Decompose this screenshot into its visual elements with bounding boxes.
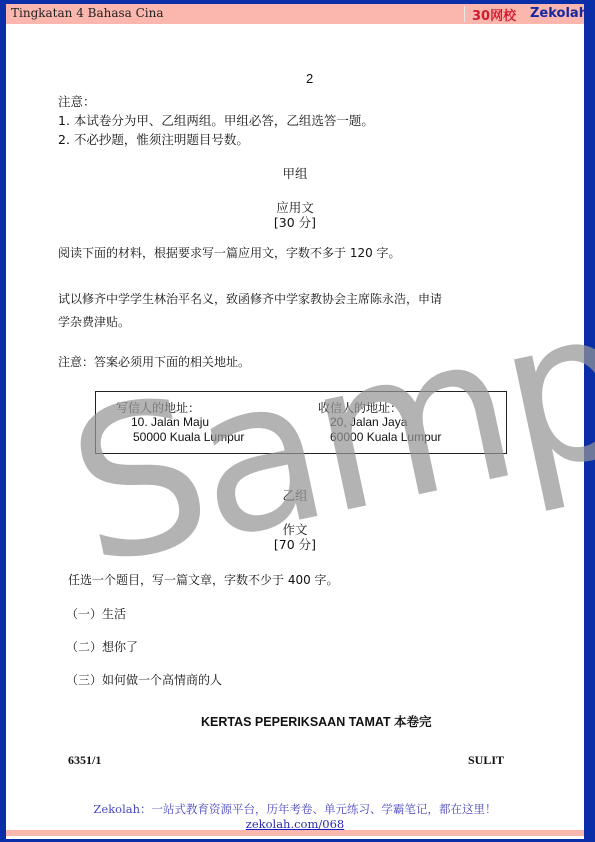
recipient-line-1: 20, Jalan Jaya	[330, 415, 407, 429]
end-notice: KERTAS PEPERIKSAAN TAMAT 本卷完	[201, 712, 432, 730]
promo-link-text[interactable]: zekolah.com/068	[246, 817, 344, 831]
section-a-group: 甲组	[6, 164, 584, 182]
page-number: 2	[306, 71, 313, 86]
page-frame: Tingkatan 4 Bahasa Cina 30网校 Zekolah 2 注…	[6, 4, 584, 839]
topic-3: （三）如何做一个高情商的人	[66, 671, 222, 688]
section-a-instruction: 阅读下面的材料，根据要求写一篇应用文，字数不多于 120 字。	[58, 244, 401, 261]
footer-stripe	[6, 830, 584, 836]
note-item-2: 2. 不必抄题，惟须注明题目号数。	[58, 130, 249, 148]
promo-link[interactable]: zekolah.com/068	[6, 817, 584, 831]
sender-line-1: 10. Jalan Maju	[131, 415, 209, 429]
note-item-1: 1. 本试卷分为甲、乙组两组。甲组必答，乙组选答一题。	[58, 111, 374, 129]
section-a-marks: [30 分]	[6, 213, 584, 231]
section-b-marks: [70 分]	[6, 535, 584, 553]
promo-text: Zekolah：一站式教育资源平台，历年考卷、单元练习、学霸笔记，都在这里！	[6, 801, 584, 817]
topic-1: （一）生活	[66, 605, 126, 622]
header-divider	[464, 6, 465, 22]
notes-heading: 注意：	[58, 92, 96, 110]
header-bar: Tingkatan 4 Bahasa Cina 30网校 Zekolah	[6, 4, 584, 24]
brand-30-logo[interactable]: 30网校	[472, 5, 516, 24]
brand-zekolah-logo[interactable]: Zekolah	[530, 6, 588, 21]
sender-line-2: 50000 Kuala Lumpur	[133, 430, 244, 444]
document-title: Tingkatan 4 Bahasa Cina	[11, 6, 164, 20]
recipient-line-2: 60000 Kuala Lumpur	[330, 430, 441, 444]
section-b-instruction: 任选一个题目，写一篇文章，字数不少于 400 字。	[68, 571, 339, 588]
section-a-task-line-1: 试以修齐中学学生林治平名义，致函修齐中学家教协会主席陈永浩，申请	[58, 290, 442, 307]
classification-label: SULIT	[468, 753, 504, 768]
paper-code: 6351/1	[68, 753, 101, 768]
section-a-task-line-2: 学杂费津贴。	[58, 313, 130, 330]
topic-2: （二）想你了	[66, 638, 138, 655]
section-a-note: 注意：答案必须用下面的相关地址。	[58, 353, 250, 370]
recipient-label: 收信人的地址：	[318, 399, 402, 416]
section-b-group: 乙组	[6, 486, 584, 504]
sender-label: 写信人的地址：	[116, 399, 200, 416]
